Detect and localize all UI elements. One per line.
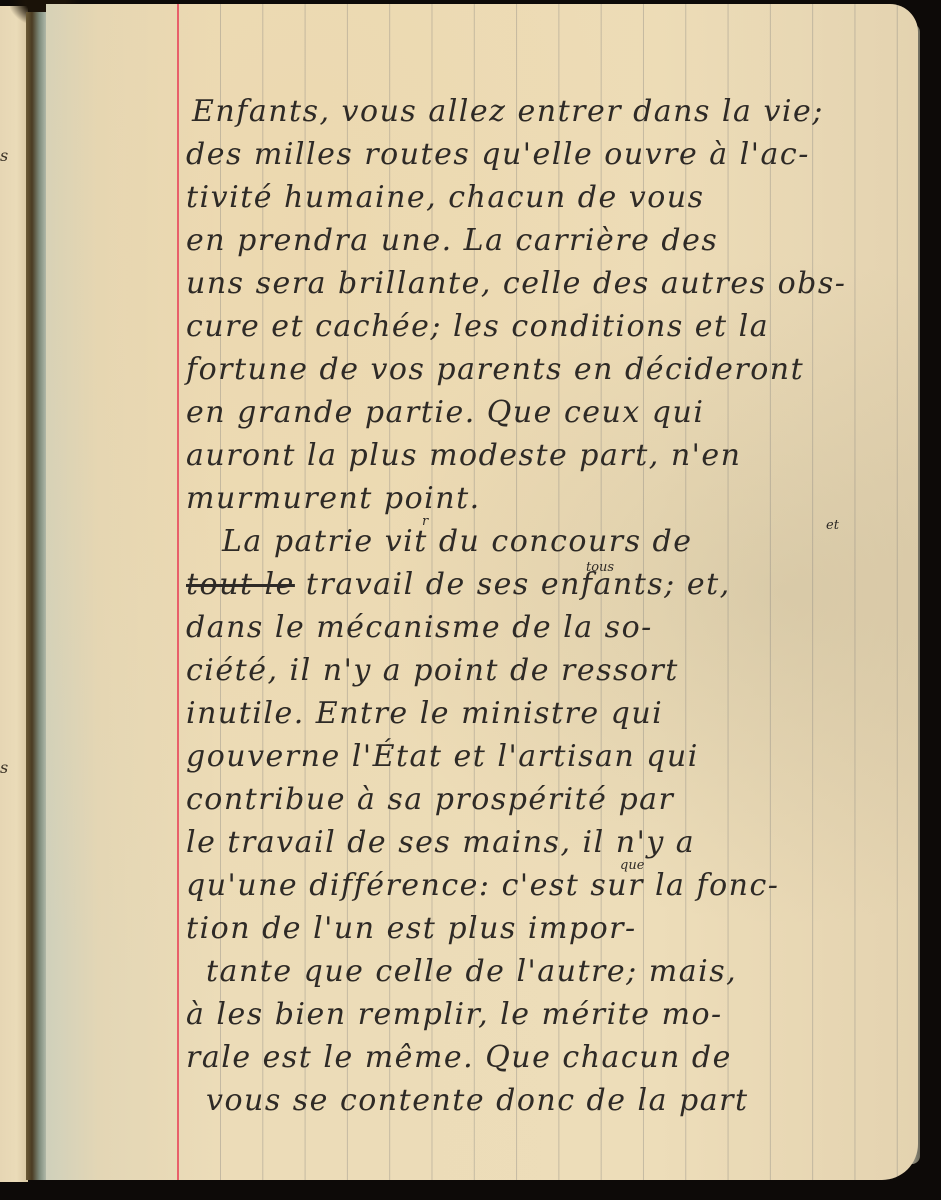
- text-line: uns sera brillante, celle des autres obs…: [186, 262, 846, 305]
- text-line: murmurent point.: [186, 477, 481, 520]
- text-line: vous se contente donc de la part: [206, 1079, 749, 1122]
- text-line: tante que celle de l'autre; mais,: [206, 950, 737, 993]
- text-line: auront la plus modeste part, n'en: [186, 434, 742, 477]
- insertion-mark: tous: [586, 560, 614, 575]
- notebook-page: Enfants, vous allez entrer dans la vie; …: [46, 4, 918, 1180]
- text-line: La patrie vit du concours de: [222, 520, 693, 563]
- text-line: des milles routes qu'elle ouvre à l'ac-: [186, 133, 810, 176]
- text-line: à les bien remplir, le mérite mo-: [186, 993, 723, 1036]
- line-text: travail de ses enfants; et,: [295, 567, 731, 602]
- text-line: en prendra une. La carrière des: [186, 219, 718, 262]
- struck-text: tout le: [186, 567, 295, 602]
- previous-page-edge: s s: [0, 6, 28, 1182]
- text-line: tout le travail de ses enfants; et,: [186, 563, 731, 606]
- text-line: Enfants, vous allez entrer dans la vie;: [192, 90, 824, 133]
- text-line: tion de l'un est plus impor-: [186, 907, 637, 950]
- text-line: tivité humaine, chacun de vous: [186, 176, 704, 219]
- text-line: inutile. Entre le ministre qui: [186, 692, 663, 735]
- text-line: qu'une différence: c'est sur la fonc-: [186, 864, 779, 907]
- text-line: dans le mécanisme de la so-: [186, 606, 653, 649]
- text-line: cure et cachée; les conditions et la: [186, 305, 769, 348]
- text-line: rale est le même. Que chacun de: [186, 1036, 732, 1079]
- insertion-mark: et: [826, 518, 839, 533]
- previous-page-mark: s: [0, 758, 8, 777]
- red-margin-line: [177, 4, 179, 1180]
- text-line: en grande partie. Que ceux qui: [186, 391, 704, 434]
- insertion-mark: que: [620, 858, 644, 873]
- previous-page-mark: s: [0, 146, 8, 165]
- text-line: le travail de ses mains, il n'y a: [186, 821, 695, 864]
- correction-mark: r: [422, 514, 428, 529]
- text-line: fortune de vos parents en décideront: [186, 348, 804, 391]
- text-line: contribue à sa prospérité par: [186, 778, 674, 821]
- text-line: gouverne l'État et l'artisan qui: [186, 735, 699, 778]
- text-line: ciété, il n'y a point de ressort: [186, 649, 679, 692]
